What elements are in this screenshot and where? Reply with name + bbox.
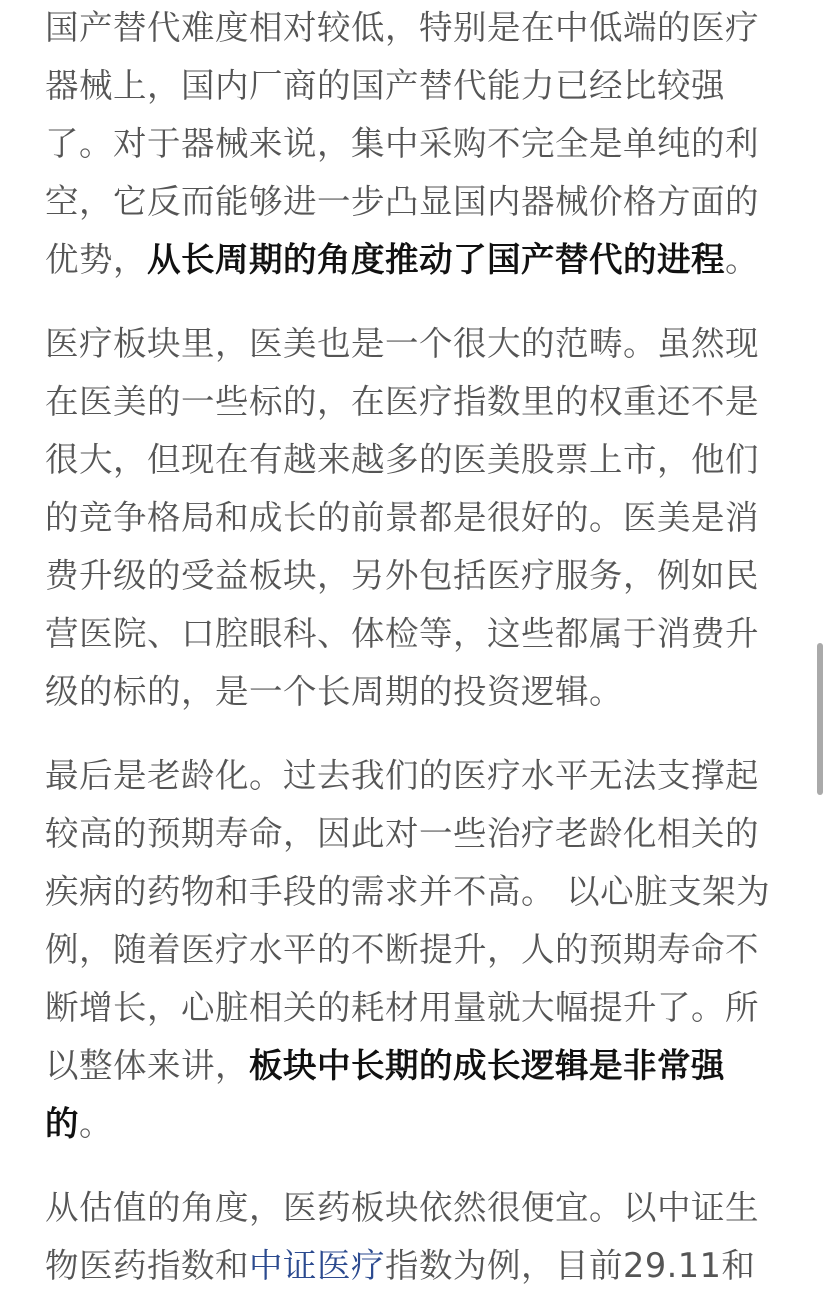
text-segment: 在医美的一些标的，在医疗指数里的权重还不是 [45, 382, 759, 421]
text-segment: 的竞争格局和成长的前景都是很好的。医美是消 [45, 498, 759, 537]
text-segment: 空，它反而能够进一步凸显国内器械价格方面的 [45, 182, 759, 221]
text-line: 国产替代难度相对较低，特别是在中低端的医疗 [45, 0, 785, 57]
text-line: 医疗板块里，医美也是一个很大的范畴。虽然现 [45, 315, 785, 373]
text-line: 最后是老龄化。过去我们的医疗水平无法支撑起 [45, 747, 785, 805]
paragraph-gap [45, 1153, 785, 1179]
index-link[interactable]: 中证医疗 [249, 1246, 385, 1285]
text-segment: 很大，但现在有越来越多的医美股票上市，他们 [45, 440, 759, 479]
paragraph-gap [45, 289, 785, 315]
text-segment: 优势， [45, 240, 147, 279]
text-segment: 物医药指数和 [45, 1246, 249, 1285]
text-segment: 指数为例，目前29.11和 [385, 1246, 755, 1285]
text-segment: 断增长，心脏相关的耗材用量就大幅提升了。所 [45, 988, 759, 1027]
text-line: 疾病的药物和手段的需求并不高。 以心脏支架为 [45, 863, 785, 921]
text-line: 以整体来讲，板块中长期的成长逻辑是非常强 [45, 1037, 785, 1095]
text-line: 例，随着医疗水平的不断提升，人的预期寿命不 [45, 921, 785, 979]
text-line: 物医药指数和中证医疗指数为例，目前29.11和 [45, 1237, 785, 1291]
text-segment: 。 [79, 1104, 113, 1143]
text-segment: 国产替代难度相对较低，特别是在中低端的医疗 [45, 8, 759, 47]
text-line: 在医美的一些标的，在医疗指数里的权重还不是 [45, 373, 785, 431]
text-segment: 了。对于器械来说，集中采购不完全是单纯的利 [45, 124, 759, 163]
text-line: 费升级的受益板块，另外包括医疗服务，例如民 [45, 547, 785, 605]
text-segment: 级的标的，是一个长周期的投资逻辑。 [45, 672, 623, 711]
paragraph-medical-devices: 国产替代难度相对较低，特别是在中低端的医疗 器械上，国内厂商的国产替代能力已经比… [45, 0, 785, 289]
text-line: 器械上，国内厂商的国产替代能力已经比较强 [45, 57, 785, 115]
text-line: 空，它反而能够进一步凸显国内器械价格方面的 [45, 173, 785, 231]
text-line: 断增长，心脏相关的耗材用量就大幅提升了。所 [45, 979, 785, 1037]
text-line: 营医院、口腔眼科、体检等，这些都属于消费升 [45, 605, 785, 663]
text-segment: 费升级的受益板块，另外包括医疗服务，例如民 [45, 556, 759, 595]
text-segment: 最后是老龄化。过去我们的医疗水平无法支撑起 [45, 756, 759, 795]
text-segment: 从估值的角度，医药板块依然很便宜。以中证生 [45, 1188, 759, 1227]
text-line: 优势，从长周期的角度推动了国产替代的进程。 [45, 231, 785, 289]
emphasis-text: 板块中长期的成长逻辑是非常强 [249, 1046, 725, 1085]
paragraph-valuation: 从估值的角度，医药板块依然很便宜。以中证生 物医药指数和中证医疗指数为例，目前2… [45, 1179, 785, 1291]
text-line: 级的标的，是一个长周期的投资逻辑。 [45, 663, 785, 721]
text-segment: 营医院、口腔眼科、体检等，这些都属于消费升 [45, 614, 759, 653]
text-line: 了。对于器械来说，集中采购不完全是单纯的利 [45, 115, 785, 173]
text-line: 的竞争格局和成长的前景都是很好的。医美是消 [45, 489, 785, 547]
text-segment: 较高的预期寿命，因此对一些治疗老龄化相关的 [45, 814, 759, 853]
text-line: 很大，但现在有越来越多的医美股票上市，他们 [45, 431, 785, 489]
text-segment: 。 [725, 240, 759, 279]
text-segment: 例，随着医疗水平的不断提升，人的预期寿命不 [45, 930, 759, 969]
text-segment: 疾病的药物和手段的需求并不高。 以心脏支架为 [45, 872, 770, 911]
text-segment: 医疗板块里，医美也是一个很大的范畴。虽然现 [45, 324, 759, 363]
emphasis-text: 从长周期的角度推动了国产替代的进程 [147, 240, 725, 279]
text-segment: 以整体来讲， [45, 1046, 249, 1085]
emphasis-text: 的 [45, 1104, 79, 1143]
scrollbar[interactable] [814, 0, 828, 1291]
text-line: 较高的预期寿命，因此对一些治疗老龄化相关的 [45, 805, 785, 863]
article-body: 国产替代难度相对较低，特别是在中低端的医疗 器械上，国内厂商的国产替代能力已经比… [45, 0, 785, 1291]
text-line: 从估值的角度，医药板块依然很便宜。以中证生 [45, 1179, 785, 1237]
paragraph-medical-aesthetics: 医疗板块里，医美也是一个很大的范畴。虽然现 在医美的一些标的，在医疗指数里的权重… [45, 315, 785, 721]
paragraph-aging: 最后是老龄化。过去我们的医疗水平无法支撑起 较高的预期寿命，因此对一些治疗老龄化… [45, 747, 785, 1153]
text-line: 的。 [45, 1095, 785, 1153]
paragraph-gap [45, 721, 785, 747]
scrollbar-thumb[interactable] [817, 643, 823, 795]
text-segment: 器械上，国内厂商的国产替代能力已经比较强 [45, 66, 725, 105]
